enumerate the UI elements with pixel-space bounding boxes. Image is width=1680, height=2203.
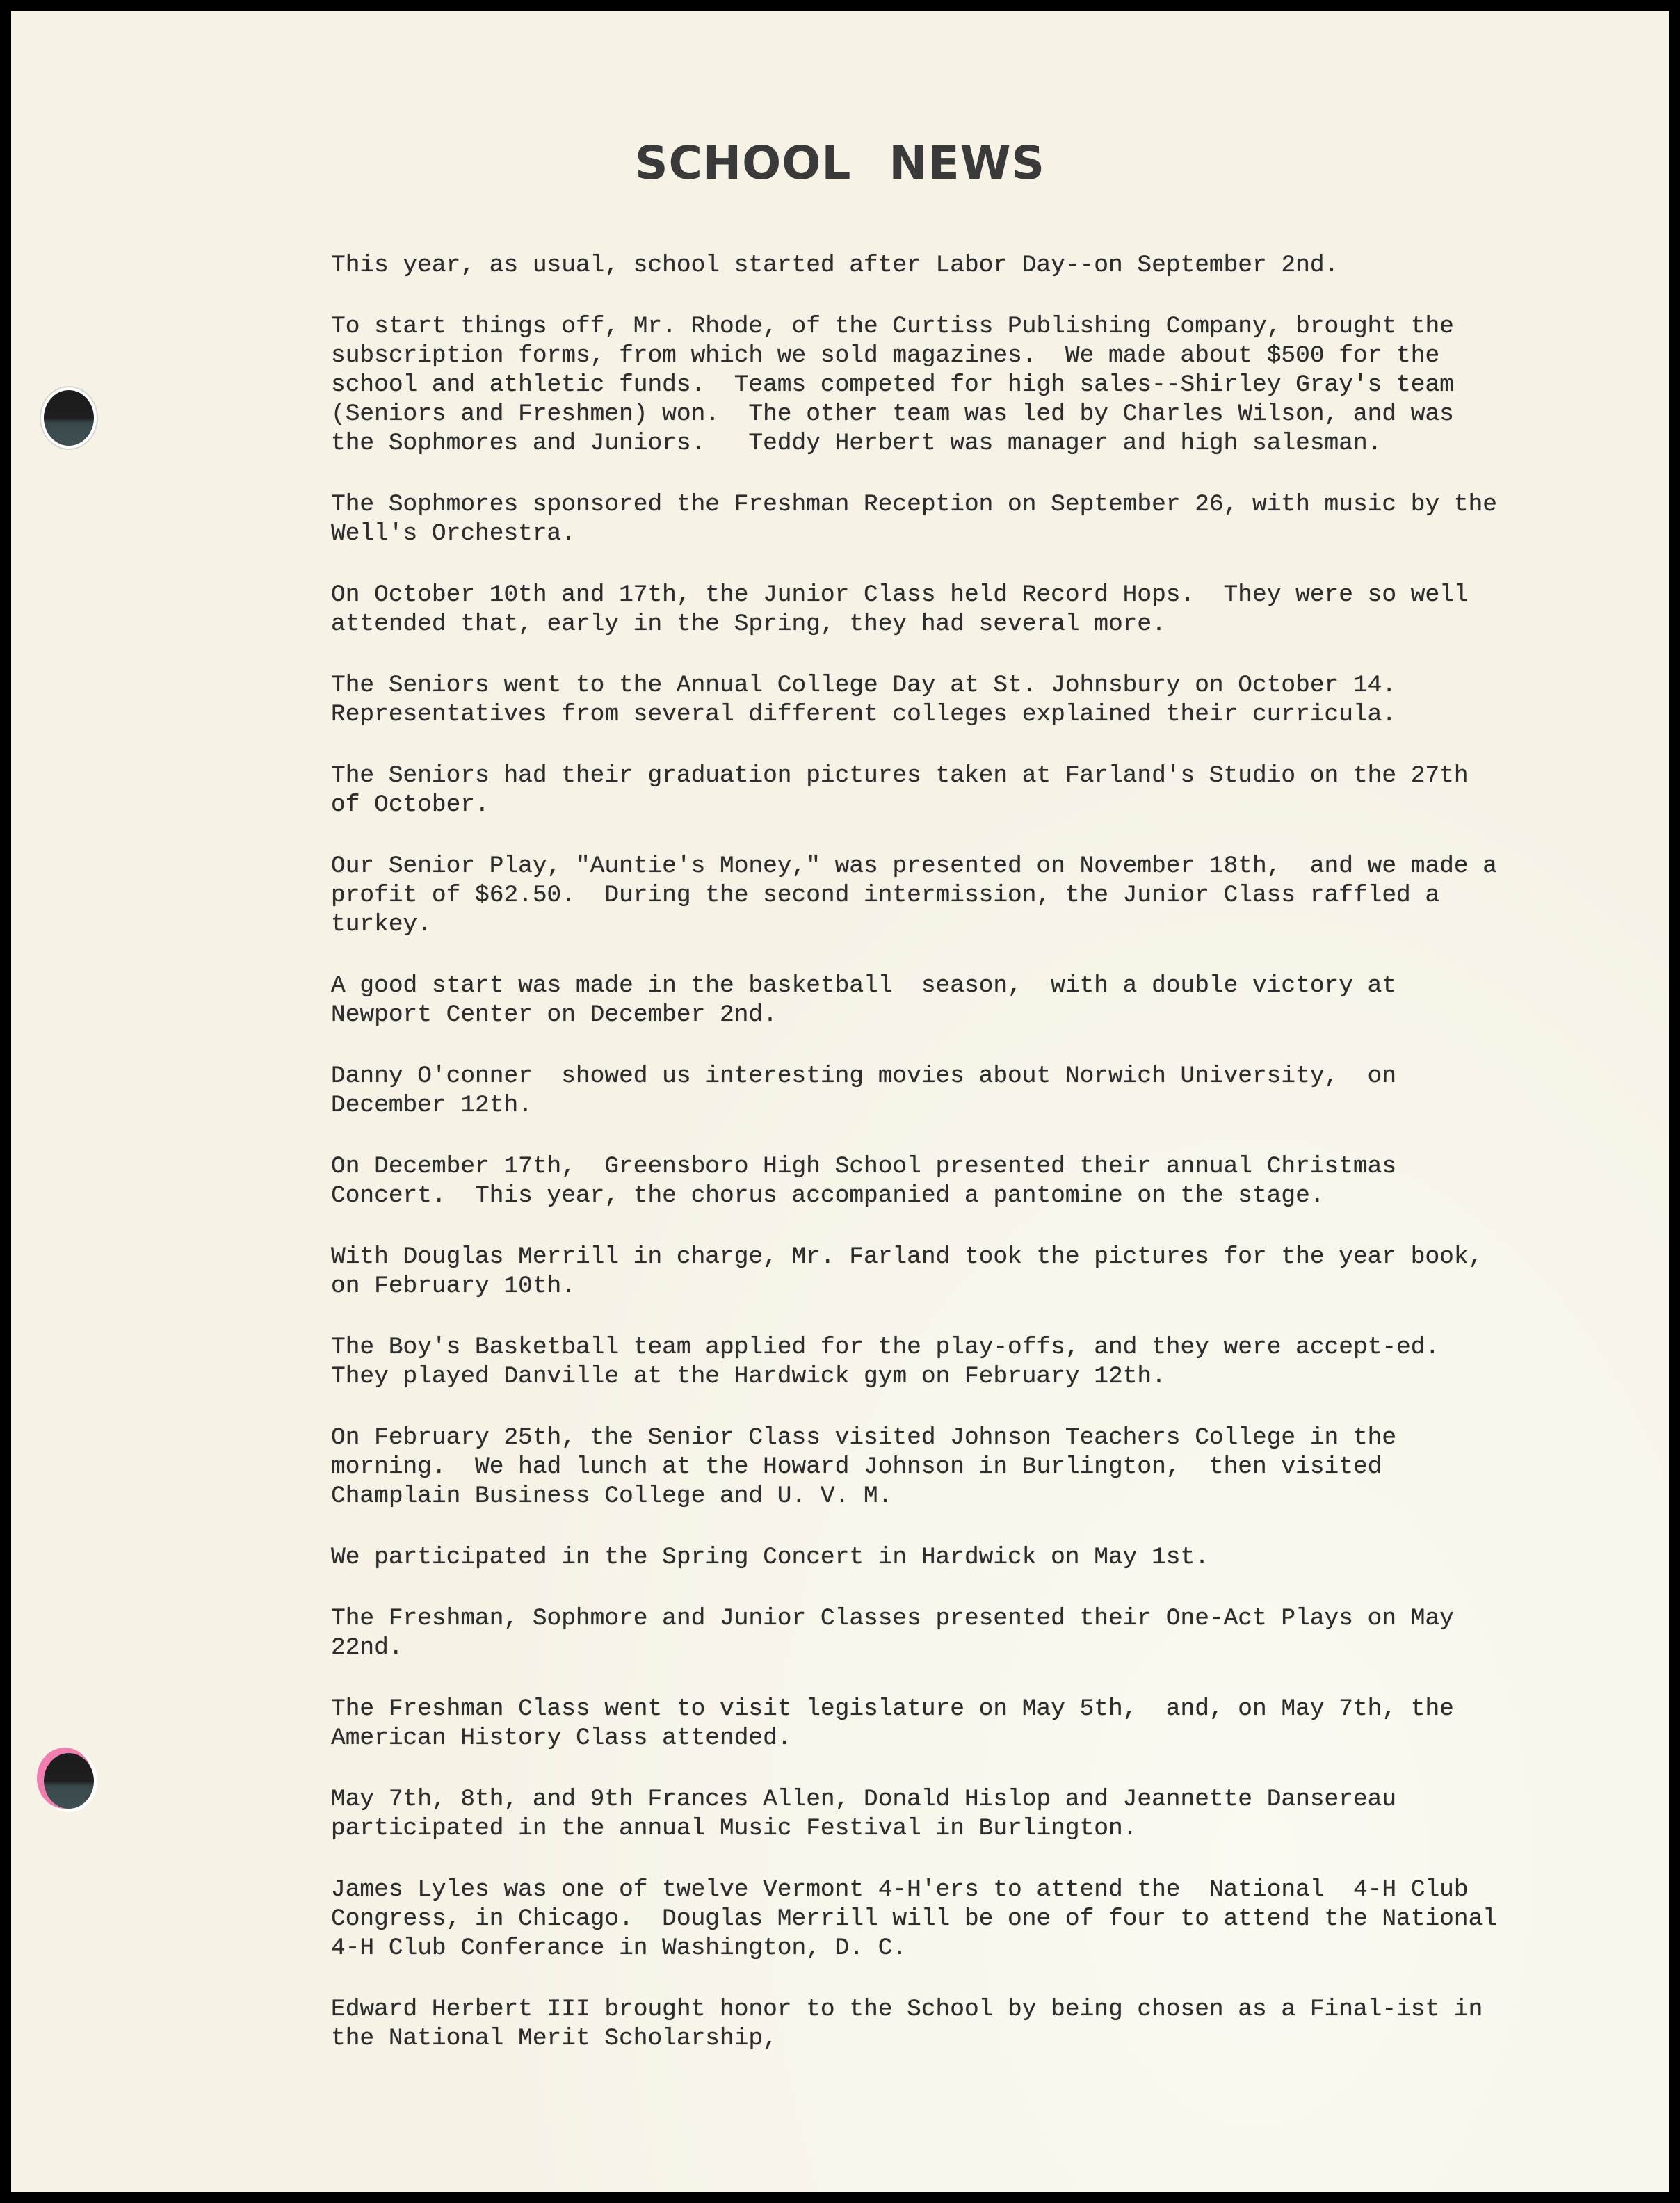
news-paragraph: The Freshman Class went to visit legisla… <box>331 1695 1506 1753</box>
document-page: SCHOOL NEWS This year, as usual, school … <box>11 11 1669 2192</box>
news-paragraph: On December 17th, Greensboro High School… <box>331 1152 1506 1211</box>
news-paragraph: With Douglas Merrill in charge, Mr. Farl… <box>331 1243 1506 1301</box>
news-paragraph: The Sophmores sponsored the Freshman Rec… <box>331 490 1506 549</box>
news-paragraph: Our Senior Play, "Auntie's Money," was p… <box>331 852 1506 939</box>
punch-hole-icon <box>44 1753 94 1809</box>
news-paragraph: We participated in the Spring Concert in… <box>331 1543 1506 1572</box>
news-paragraph: The Seniors had their graduation picture… <box>331 761 1506 820</box>
news-paragraph: The Seniors went to the Annual College D… <box>331 671 1506 729</box>
news-paragraph: James Lyles was one of twelve Vermont 4-… <box>331 1875 1506 1963</box>
news-paragraph: To start things off, Mr. Rhode, of the C… <box>331 312 1506 458</box>
news-paragraph: This year, as usual, school started afte… <box>331 251 1506 280</box>
news-paragraph: On October 10th and 17th, the Junior Cla… <box>331 581 1506 639</box>
news-paragraph: On February 25th, the Senior Class visit… <box>331 1423 1506 1511</box>
news-body: This year, as usual, school started afte… <box>331 251 1506 2085</box>
punch-hole-icon <box>44 390 94 446</box>
news-paragraph: The Boy's Basketball team applied for th… <box>331 1333 1506 1391</box>
news-paragraph: A good start was made in the basketball … <box>331 971 1506 1030</box>
news-paragraph: The Freshman, Sophmore and Junior Classe… <box>331 1604 1506 1663</box>
news-paragraph: Edward Herbert III brought honor to the … <box>331 1995 1506 2053</box>
page-title: SCHOOL NEWS <box>11 136 1669 190</box>
news-paragraph: Danny O'conner showed us interesting mov… <box>331 1062 1506 1120</box>
news-paragraph: May 7th, 8th, and 9th Frances Allen, Don… <box>331 1785 1506 1843</box>
